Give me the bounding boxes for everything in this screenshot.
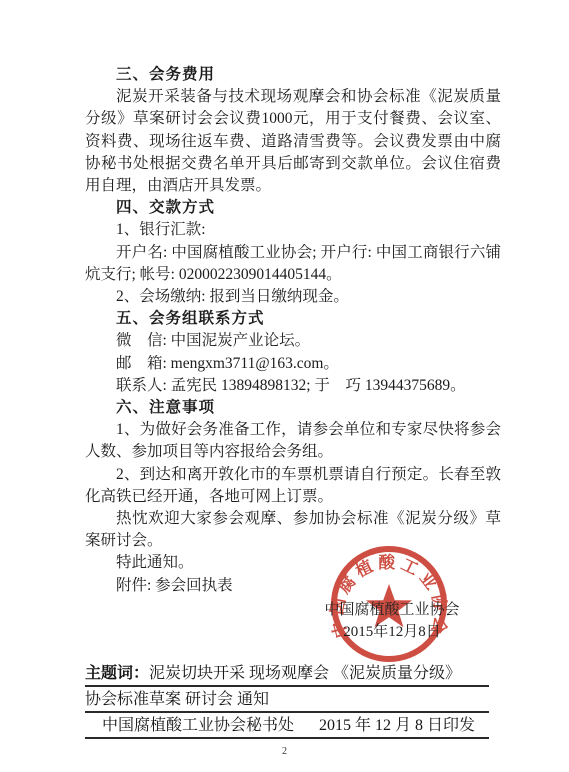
section-heading-fees: 三、会务费用 bbox=[85, 64, 501, 86]
keywords-line-2: 协会标准草案 研讨会 通知 bbox=[85, 690, 489, 713]
print-date: 2015 年 12 月 8 日印发 bbox=[319, 716, 475, 735]
paragraph-contacts: 联系人: 孟宪民 13894898132; 于 巧 13944375689。 bbox=[85, 375, 501, 397]
paragraph: 1、银行汇款: bbox=[85, 219, 501, 241]
paragraph: 1、为做好会务准备工作，请参会单位和专家尽快将参会人数、参加项目等内容报给会务组… bbox=[85, 419, 501, 463]
keywords-line-1: 主题词：泥炭切块开采 现场观摩会 《泥炭质量分级》 bbox=[85, 664, 489, 687]
document-body: 三、会务费用 泥炭开采装备与技术现场观摩会和协会标准《泥炭质量分级》草案研讨会会… bbox=[85, 64, 501, 597]
section-heading-contact: 五、会务组联系方式 bbox=[85, 308, 501, 330]
signature-org: 中国腐植酸工业协会 bbox=[322, 599, 462, 621]
keywords-text-1: 泥炭切块开采 现场观摩会 《泥炭质量分级》 bbox=[149, 665, 461, 682]
paragraph: 开户名: 中国腐植酸工业协会; 开户行: 中国工商银行六铺炕支行; 帐号: 02… bbox=[85, 242, 501, 286]
paragraph-email: 邮 箱: mengxm3711@163.com。 bbox=[85, 353, 501, 375]
document-page: 三、会务费用 泥炭开采装备与技术现场观摩会和协会标准《泥炭质量分级》草案研讨会会… bbox=[0, 0, 569, 772]
footer-keywords-block: 主题词：泥炭切块开采 现场观摩会 《泥炭质量分级》 协会标准草案 研讨会 通知 … bbox=[85, 664, 489, 742]
keywords-label: 主题词： bbox=[85, 665, 149, 682]
section-heading-notes: 六、注意事项 bbox=[85, 397, 501, 419]
paragraph-wechat: 微 信: 中国泥炭产业论坛。 bbox=[85, 330, 501, 352]
signature-block: 中国腐植酸工业协会 2015年12月8日 bbox=[322, 599, 462, 643]
section-heading-payment: 四、交款方式 bbox=[85, 197, 501, 219]
page-number: 2 bbox=[0, 746, 569, 757]
paragraph: 2、会场缴纳: 报到当日缴纳现金。 bbox=[85, 286, 501, 308]
paragraph: 泥炭开采装备与技术现场观摩会和协会标准《泥炭质量分级》草案研讨会会议费1000元… bbox=[85, 86, 501, 197]
paragraph: 2、到达和离开敦化市的车票机票请自行预定。长春至敦化高铁已经开通，各地可网上订票… bbox=[85, 464, 501, 508]
issuer-line: 中国腐植酸工业协会秘书处 2015 年 12 月 8 日印发 bbox=[85, 716, 489, 739]
signature-date: 2015年12月8日 bbox=[322, 621, 462, 643]
issuer-name: 中国腐植酸工业协会秘书处 bbox=[102, 716, 294, 735]
